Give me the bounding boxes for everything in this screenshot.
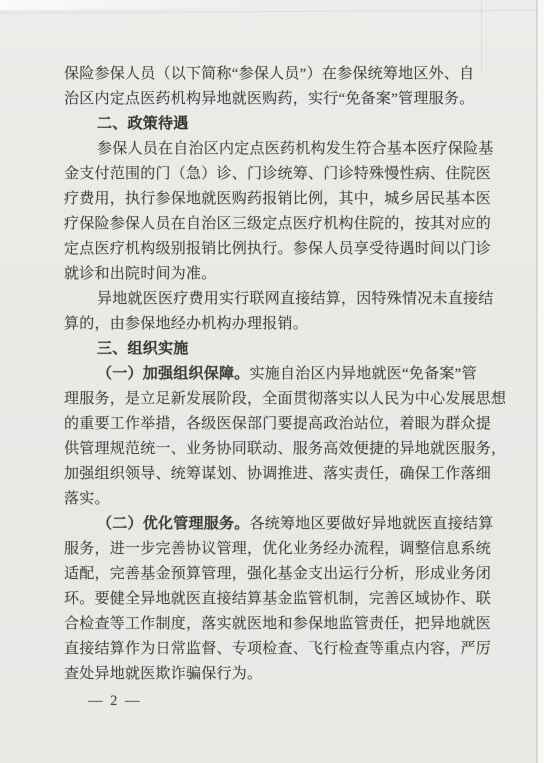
line-text: 三、组织实施 [97, 341, 189, 357]
text-line: 合检查等工作制度，落实就医地和参保地监管责任，把异地就医 [64, 612, 484, 637]
line-text: 实施自治区内异地就医“免备案”管 [250, 366, 477, 382]
line-text: 治区内定点医药机构异地就医购药，实行“免备案”管理服务。 [64, 91, 474, 107]
line-text: 环。要健全异地就医直接结算基金监管机制，完善区域协作、联 [64, 591, 491, 607]
line-text: 服务，进一步完善协议管理，优化业务经办流程，调整信息系统 [64, 541, 491, 557]
text-line: （一）加强组织保障。实施自治区内异地就医“免备案”管 [64, 362, 484, 387]
line-text: 金支付范围的门（急）诊、门诊统筹、门诊特殊慢性病、住院医 [64, 166, 491, 182]
text-line: 金支付范围的门（急）诊、门诊统筹、门诊特殊慢性病、住院医 [64, 162, 484, 187]
scan-background-strip [538, 0, 544, 763]
paragraph-lead: （一）加强组织保障。 [97, 366, 250, 382]
text-line: 加强组织领导、统筹谋划、协调推进、落实责任，确保工作落细 [64, 462, 484, 487]
line-text: 的重要工作举措，各级医保部门要提高政治站位，着眼为群众提 [64, 416, 491, 432]
text-line: 保险参保人员（以下简称“参保人员”）在参保统筹地区外、自 [64, 62, 484, 87]
line-text: 加强组织领导、统筹谋划、协调推进、落实责任，确保工作落细 [64, 466, 491, 482]
text-line: 落实。 [64, 487, 484, 512]
line-text: 保险参保人员（以下简称“参保人员”）在参保统筹地区外、自 [64, 66, 474, 82]
text-line: 供管理规范统一、业务协同联动、服务高效便捷的异地就医服务， [64, 437, 484, 462]
scanned-document-page: 保险参保人员（以下简称“参保人员”）在参保统筹地区外、自治区内定点医药机构异地就… [0, 0, 544, 763]
text-line: 就诊和出院时间为准。 [64, 262, 484, 287]
line-text: 疗保险参保人员在自治区三级定点医疗机构住院的，按其对应的 [64, 216, 491, 232]
text-line: 适配，完善基金预算管理，强化基金支出运行分析，形成业务闭 [64, 562, 484, 587]
line-text: 异地就医医疗费用实行联网直接结算，因特殊情况未直接结 [97, 291, 494, 307]
text-line: 疗费用，执行参保地就医购药报销比例，其中，城乡居民基本医 [64, 187, 484, 212]
text-line: 环。要健全异地就医直接结算基金监管机制，完善区域协作、联 [64, 587, 484, 612]
section-heading: 三、组织实施 [64, 337, 484, 362]
line-text: 疗费用，执行参保地就医购药报销比例，其中，城乡居民基本医 [64, 191, 491, 207]
line-text: 合检查等工作制度，落实就医地和参保地监管责任，把异地就医 [64, 616, 491, 632]
line-text: 参保人员在自治区内定点医药机构发生符合基本医疗保险基 [97, 141, 494, 157]
text-line: 异地就医医疗费用实行联网直接结算，因特殊情况未直接结 [64, 287, 484, 312]
text-line: 算的，由参保地经办机构办理报销。 [64, 312, 484, 337]
line-text: 算的，由参保地经办机构办理报销。 [64, 316, 308, 332]
scan-top-edge-line [0, 10, 544, 13]
text-line: 的重要工作举措，各级医保部门要提高政治站位，着眼为群众提 [64, 412, 484, 437]
line-text: 定点医疗机构级别报销比例执行。参保人员享受待遇时间以门诊 [64, 241, 491, 257]
line-text: 就诊和出院时间为准。 [64, 266, 217, 282]
line-text: 理服务，是立足新发展阶段，全面贯彻落实以人民为中心发展思想 [64, 391, 506, 407]
text-line: 疗保险参保人员在自治区三级定点医疗机构住院的，按其对应的 [64, 212, 484, 237]
line-text: 各统筹地区要做好异地就医直接结算 [250, 516, 494, 532]
document-body-text: 保险参保人员（以下简称“参保人员”）在参保统筹地区外、自治区内定点医药机构异地就… [64, 62, 484, 687]
text-line: 理服务，是立足新发展阶段，全面贯彻落实以人民为中心发展思想 [64, 387, 484, 412]
text-line: （二）优化管理服务。各统筹地区要做好异地就医直接结算 [64, 512, 484, 537]
line-text: 直接结算作为日常监督、专项检查、飞行检查等重点内容，严厉 [64, 641, 491, 657]
line-text: 二、政策待遇 [97, 116, 189, 132]
text-line: 查处异地就医欺诈骗保行为。 [64, 662, 484, 687]
paragraph-lead: （二）优化管理服务。 [97, 516, 250, 532]
section-heading: 二、政策待遇 [64, 112, 484, 137]
text-line: 直接结算作为日常监督、专项检查、飞行检查等重点内容，严厉 [64, 637, 484, 662]
line-text: 适配，完善基金预算管理，强化基金支出运行分析，形成业务闭 [64, 566, 491, 582]
text-line: 服务，进一步完善协议管理，优化业务经办流程，调整信息系统 [64, 537, 484, 562]
page-number: — 2 — [88, 690, 142, 712]
text-line: 治区内定点医药机构异地就医购药，实行“免备案”管理服务。 [64, 87, 484, 112]
text-line: 定点医疗机构级别报销比例执行。参保人员享受待遇时间以门诊 [64, 237, 484, 262]
scan-top-light-artifact [0, 0, 414, 10]
line-text: 查处异地就医欺诈骗保行为。 [64, 666, 262, 682]
line-text: 供管理规范统一、业务协同联动、服务高效便捷的异地就医服务， [64, 441, 506, 457]
text-line: 参保人员在自治区内定点医药机构发生符合基本医疗保险基 [64, 137, 484, 162]
line-text: 落实。 [64, 491, 110, 507]
